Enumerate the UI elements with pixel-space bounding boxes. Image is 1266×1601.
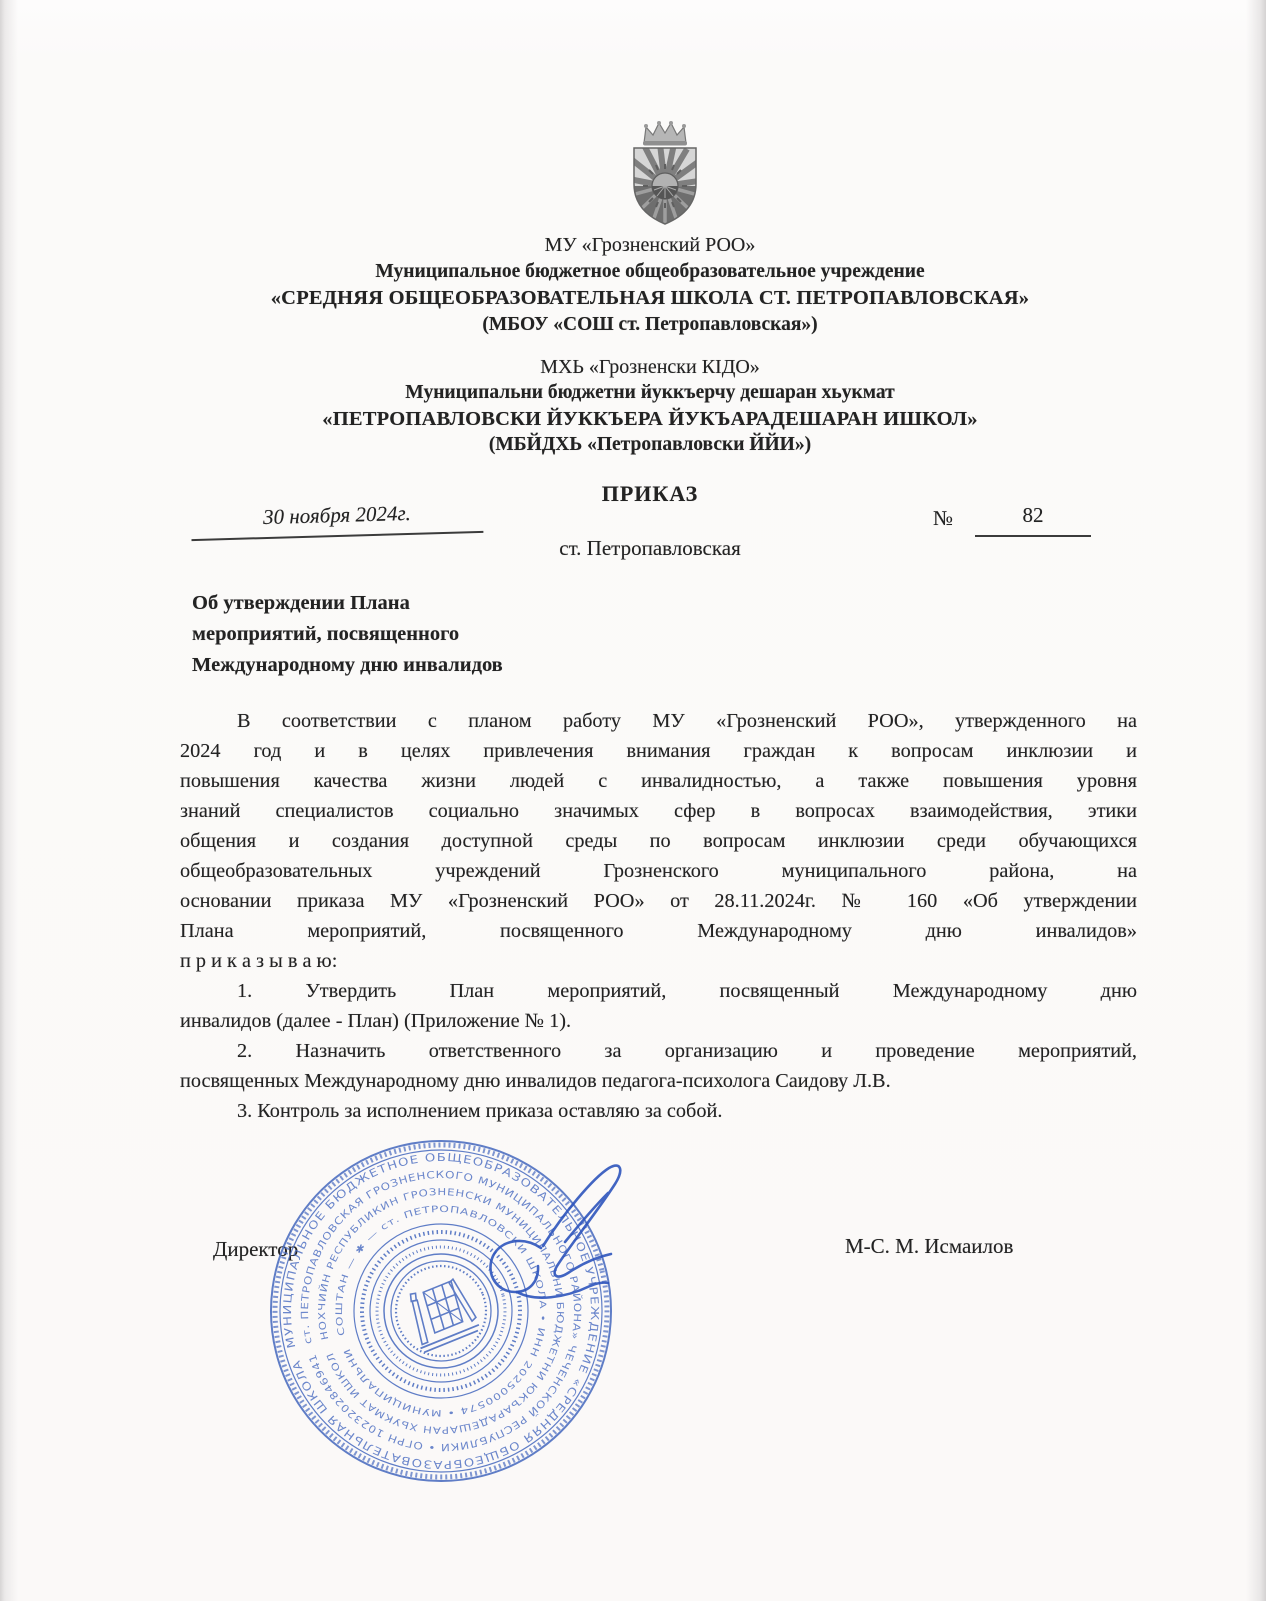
body-line: Плана мероприятий, посвященного Междунар… xyxy=(180,916,1137,946)
body-line: 2. Назначить ответственного за организац… xyxy=(180,1036,1137,1066)
org-line-ru-4: (МБОУ «СОШ ст. Петропавловская») xyxy=(90,312,1210,339)
director-signature-scribble xyxy=(425,1158,655,1333)
scanned-order-document: МУ «Грозненский РОО» Муниципальное бюдже… xyxy=(0,0,1266,1601)
crown-icon xyxy=(643,121,687,146)
number-label: № xyxy=(933,506,953,531)
body-line: 3. Контроль за исполнением приказа остав… xyxy=(180,1096,1137,1126)
body-line: 1. Утвердить План мероприятий, посвященн… xyxy=(180,976,1137,1006)
org-line-che-1: МХЬ «Грозненски КIДО» xyxy=(90,354,1210,380)
subject-block: Об утверждении Плана мероприятий, посвящ… xyxy=(192,588,792,681)
body-line: общения и создания доступной среды по во… xyxy=(180,826,1137,856)
body-line: знаний специалистов социально значимых с… xyxy=(180,796,1137,826)
number-field: 82 xyxy=(975,503,1091,537)
subject-line: Международному дню инвалидов xyxy=(192,650,792,681)
subject-line: Об утверждении Плана xyxy=(192,588,792,619)
date-field: 30 ноября 2024г. xyxy=(191,499,484,541)
body-line: инвалидов (далее - План) (Приложение № 1… xyxy=(180,1006,1137,1036)
header-chechen: МХЬ «Грозненски КIДО» Муниципальни бюдже… xyxy=(90,354,1210,458)
body-line: основании приказа МУ «Грозненский РОО» о… xyxy=(180,886,1137,916)
body-line: общеобразовательных учреждений Грозненск… xyxy=(180,856,1137,886)
header-russian: МУ «Грозненский РОО» Муниципальное бюдже… xyxy=(90,232,1210,338)
org-line-ru-3: «СРЕДНЯЯ ОБЩЕОБРАЗОВАТЕЛЬНАЯ ШКОЛА СТ. П… xyxy=(90,285,1210,312)
org-line-che-3: «ПЕТРОПАВЛОВСКИ ЙУККЪЕРА ЙУКЪАРАДЕШАРАН … xyxy=(90,406,1210,432)
body-line: п р и к а з ы в а ю: xyxy=(180,946,1137,976)
org-line-che-4: (МБЙДХЬ «Петропавловски ЙЙИ») xyxy=(90,432,1210,458)
body-line: повышения качества жизни людей с инвалид… xyxy=(180,766,1137,796)
signature-name: М-С. М. Исмаилов xyxy=(845,1234,1013,1259)
org-line-ru-2: Муниципальное бюджетное общеобразователь… xyxy=(90,259,1210,286)
body-line: посвященных Международному дню инвалидов… xyxy=(180,1066,1137,1096)
org-line-che-2: Муниципальни бюджетни йуккъерчу дешаран … xyxy=(90,380,1210,406)
place-line: ст. Петропавловская xyxy=(90,536,1210,561)
org-line-ru-1: МУ «Грозненский РОО» xyxy=(90,232,1210,259)
body-line: 2024 год и в целях привлечения внимания … xyxy=(180,736,1137,766)
body-line: В соответствии с планом работу МУ «Грозн… xyxy=(180,706,1137,736)
order-body-text: В соответствии с планом работу МУ «Грозн… xyxy=(180,706,1137,1126)
subject-line: мероприятий, посвященного xyxy=(192,619,792,650)
coat-of-arms-emblem xyxy=(630,120,700,226)
